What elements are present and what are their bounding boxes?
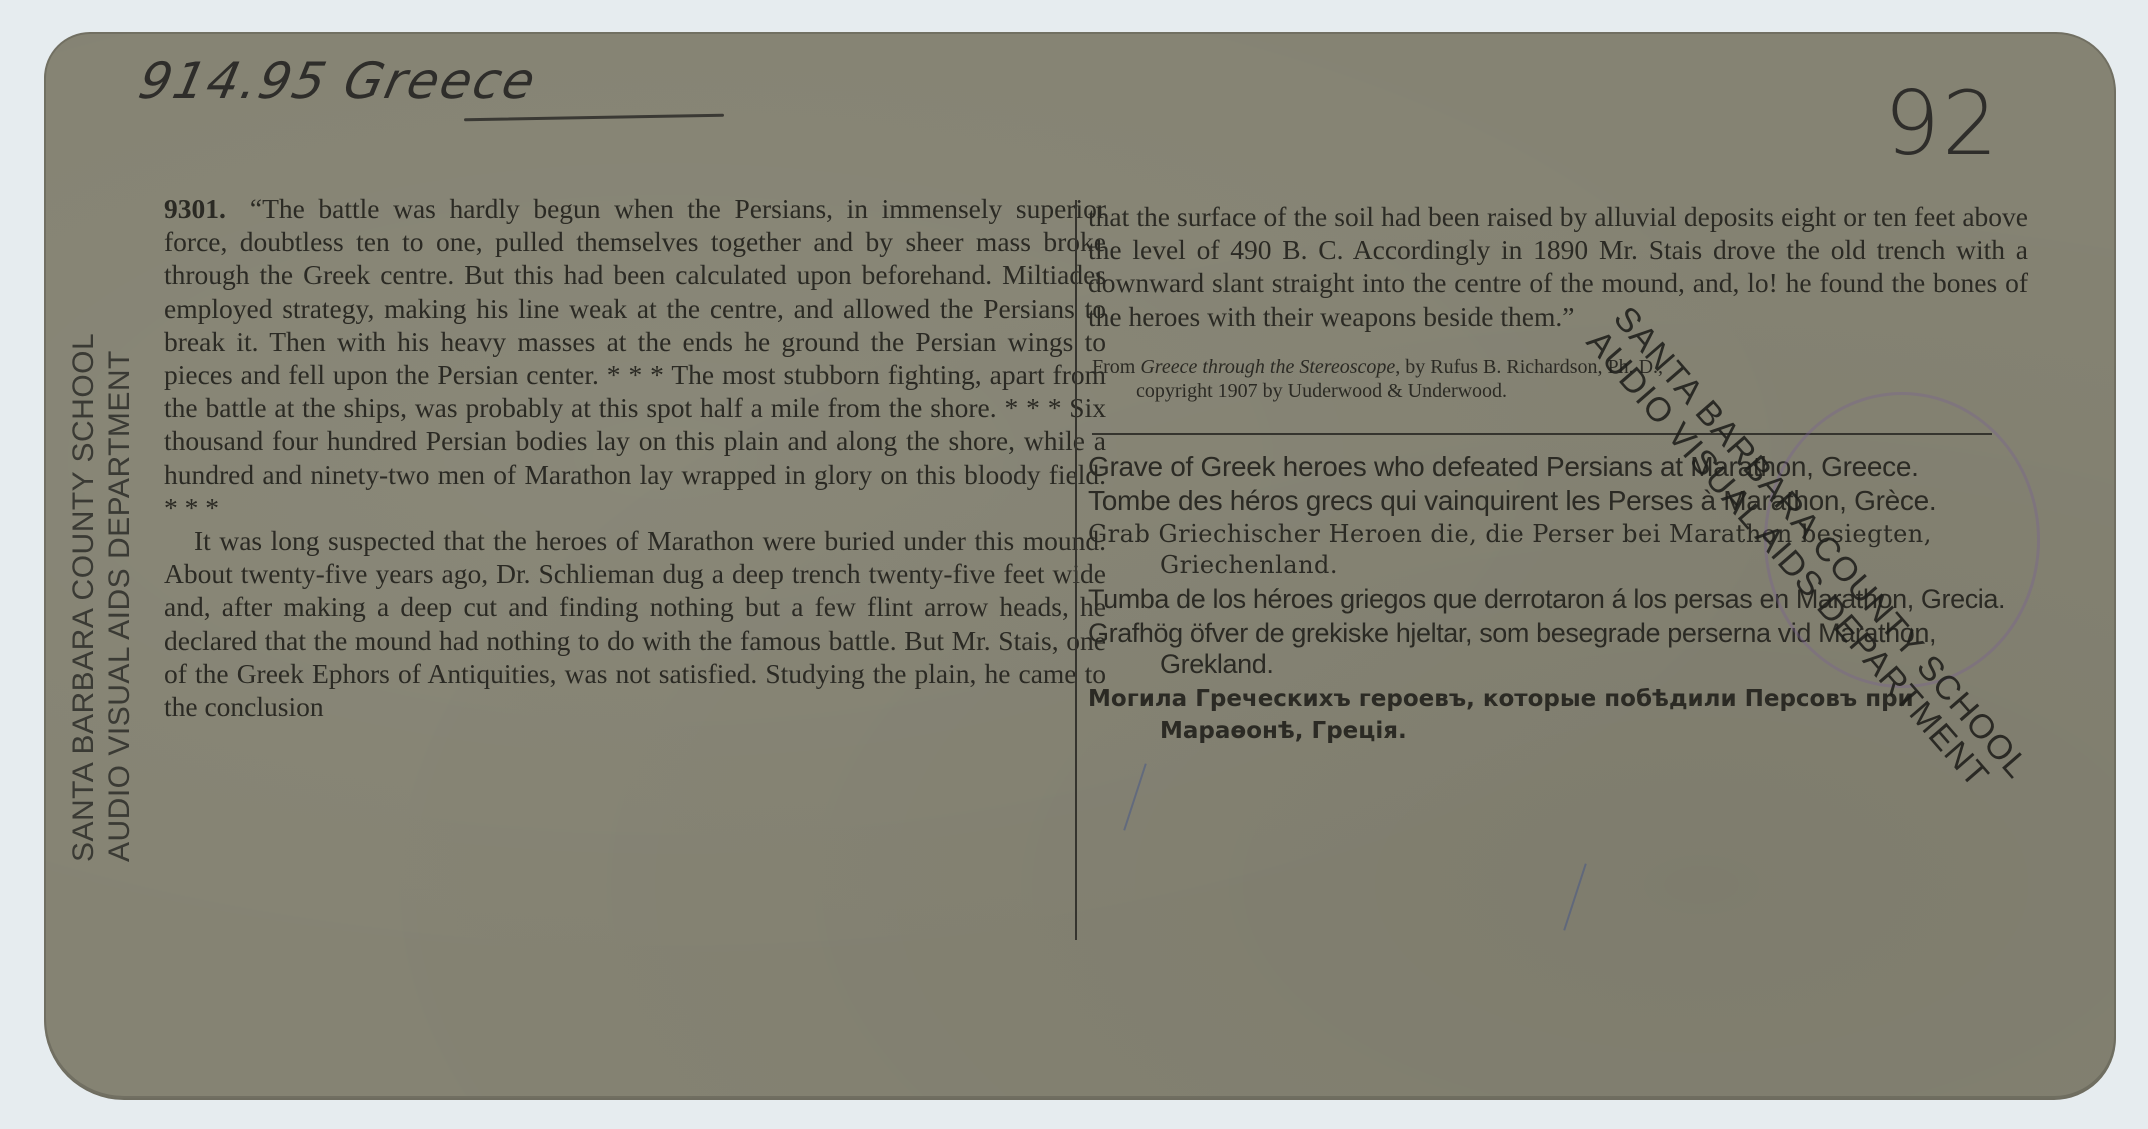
citation-prefix: From (1092, 356, 1140, 378)
handwritten-item-number: 92 (1884, 72, 2000, 175)
stamp-line-1: SANTA BARBARA COUNTY SCHOOL (66, 333, 102, 862)
catalog-number: 9301. (164, 193, 226, 224)
column-divider (1075, 200, 1077, 940)
book-title: Greece through the Stereoscope (1140, 356, 1395, 378)
description-left-column: 9301.“The battle was hardly begun when t… (164, 192, 1106, 723)
stamp-line-2: AUDIO VISUAL AIDS DEPARTMENT (102, 333, 138, 862)
stereograph-card-back: 914.95 Greece 92 SANTA BARBARA COUNTY SC… (44, 32, 2116, 1098)
vertical-ownership-stamp: SANTA BARBARA COUNTY SCHOOL AUDIO VISUAL… (66, 333, 138, 862)
description-paragraph-1: 9301.“The battle was hardly begun when t… (164, 192, 1106, 524)
pencil-mark (1563, 863, 1587, 930)
citation-line-1: From Greece through the Stereoscope, by … (1092, 355, 2028, 379)
pencil-mark (1123, 763, 1147, 830)
paragraph-1-text: “The battle was hardly begun when the Pe… (164, 193, 1106, 523)
description-paragraph-2: It was long suspected that the heroes of… (164, 524, 1106, 723)
description-paragraph-2-continued: that the surface of the soil had been ra… (1088, 200, 2028, 333)
handwritten-call-number: 914.95 Greece (134, 52, 542, 110)
handwritten-underline (464, 114, 724, 122)
